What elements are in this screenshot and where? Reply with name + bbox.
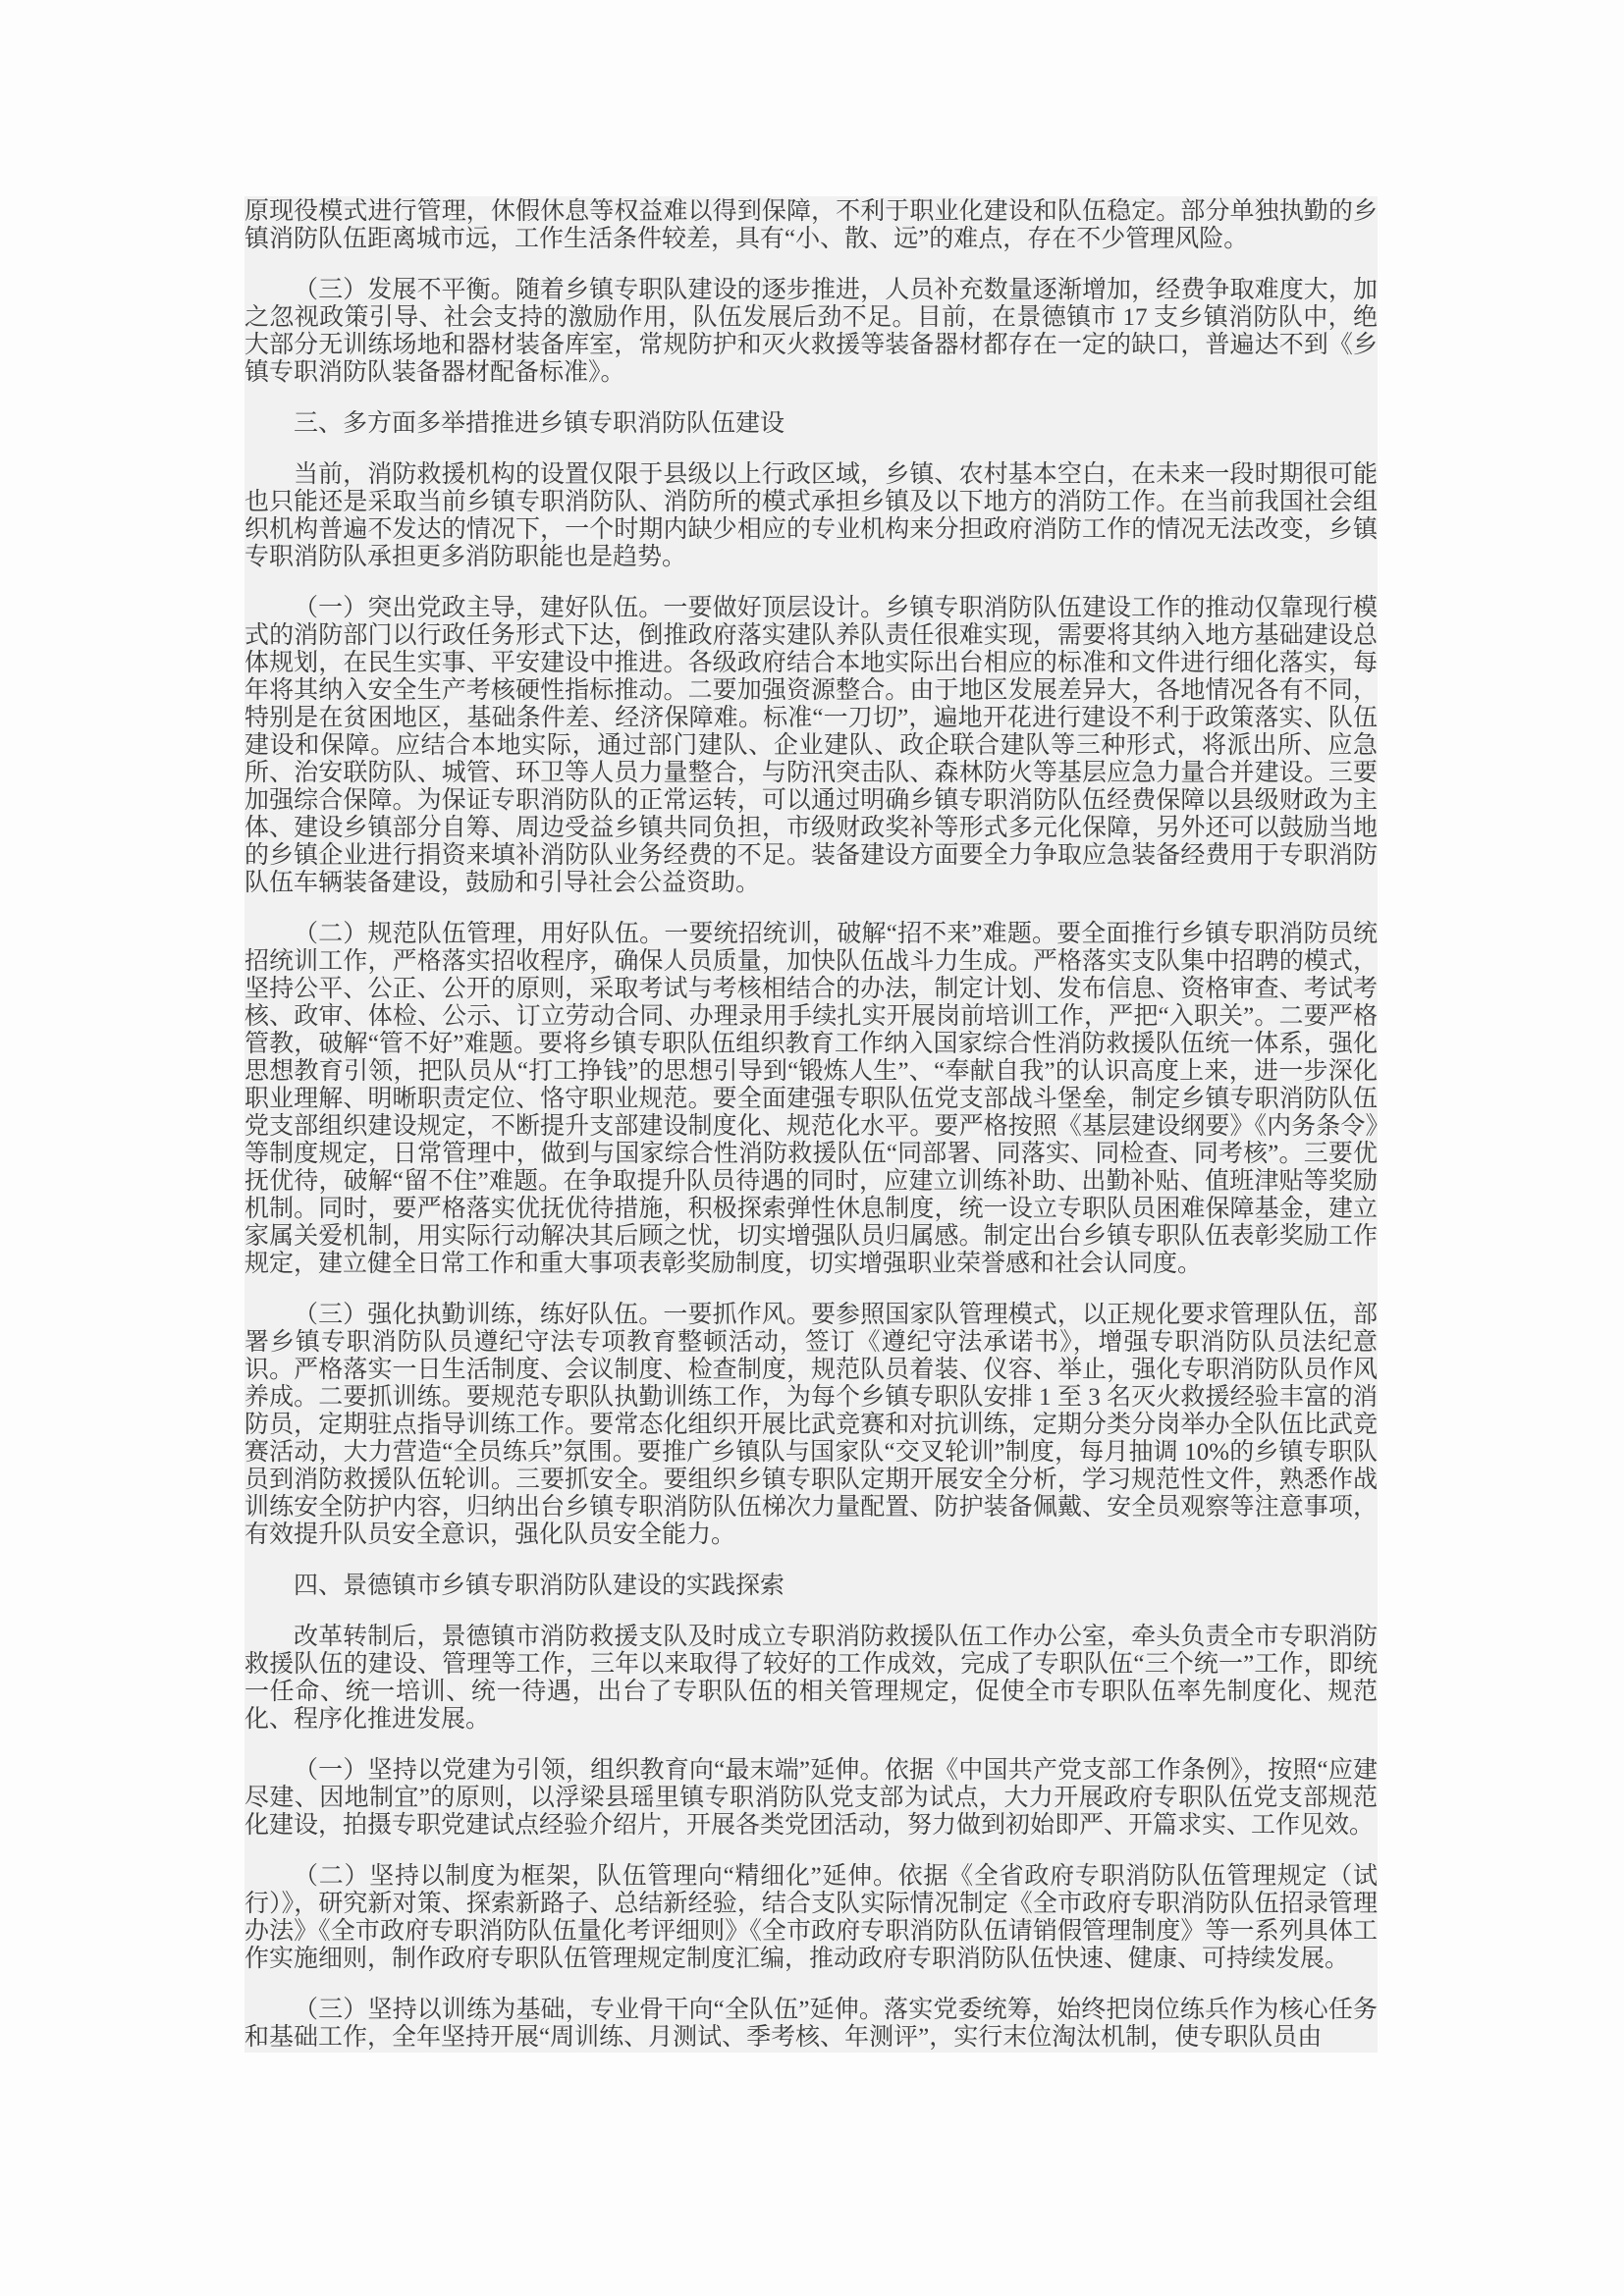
paragraph: 当前，消防救援机构的设置仅限于县级以上行政区域，乡镇、农村基本空白，在未来一段时… [244,461,1378,571]
paragraph: （三）强化执勤训练，练好队伍。一要抓作风。要参照国家队管理模式，以正规化要求管理… [244,1302,1378,1549]
section-heading: 四、景德镇市乡镇专职消防队建设的实践探索 [244,1573,1378,1600]
paragraph: 改革转制后，景德镇市消防救援支队及时成立专职消防救援队伍工作办公室，牵头负责全市… [244,1624,1378,1734]
paragraph: 原现役模式进行管理，休假休息等权益难以得到保障，不利于职业化建设和队伍稳定。部分… [244,198,1378,253]
paragraph: （二）规范队伍管理，用好队伍。一要统招统训，破解“招不来”难题。要全面推行乡镇专… [244,921,1378,1278]
section-heading: 三、多方面多举措推进乡镇专职消防队伍建设 [244,410,1378,438]
paragraph: （二）坚持以制度为框架，队伍管理向“精细化”延伸。依据《全省政府专职消防队伍管理… [244,1863,1378,1973]
paragraph: （一）坚持以党建为引领，组织教育向“最末端”延伸。依据《中国共产党支部工作条例》… [244,1757,1378,1840]
document-page: { "colors": { "page_background": "#fdfdf… [0,0,1624,2296]
paragraph: （一）突出党政主导，建好队伍。一要做好顶层设计。乡镇专职消防队伍建设工作的推动仅… [244,595,1378,897]
paragraph: （三）坚持以训练为基础，专业骨干向“全队伍”延伸。落实党委统筹，始终把岗位练兵作… [244,1997,1378,2052]
text-block: 原现役模式进行管理，休假休息等权益难以得到保障，不利于职业化建设和队伍稳定。部分… [244,196,1378,2053]
paragraph: （三）发展不平衡。随着乡镇专职队建设的逐步推进，人员补充数量逐渐增加，经费争取难… [244,277,1378,387]
